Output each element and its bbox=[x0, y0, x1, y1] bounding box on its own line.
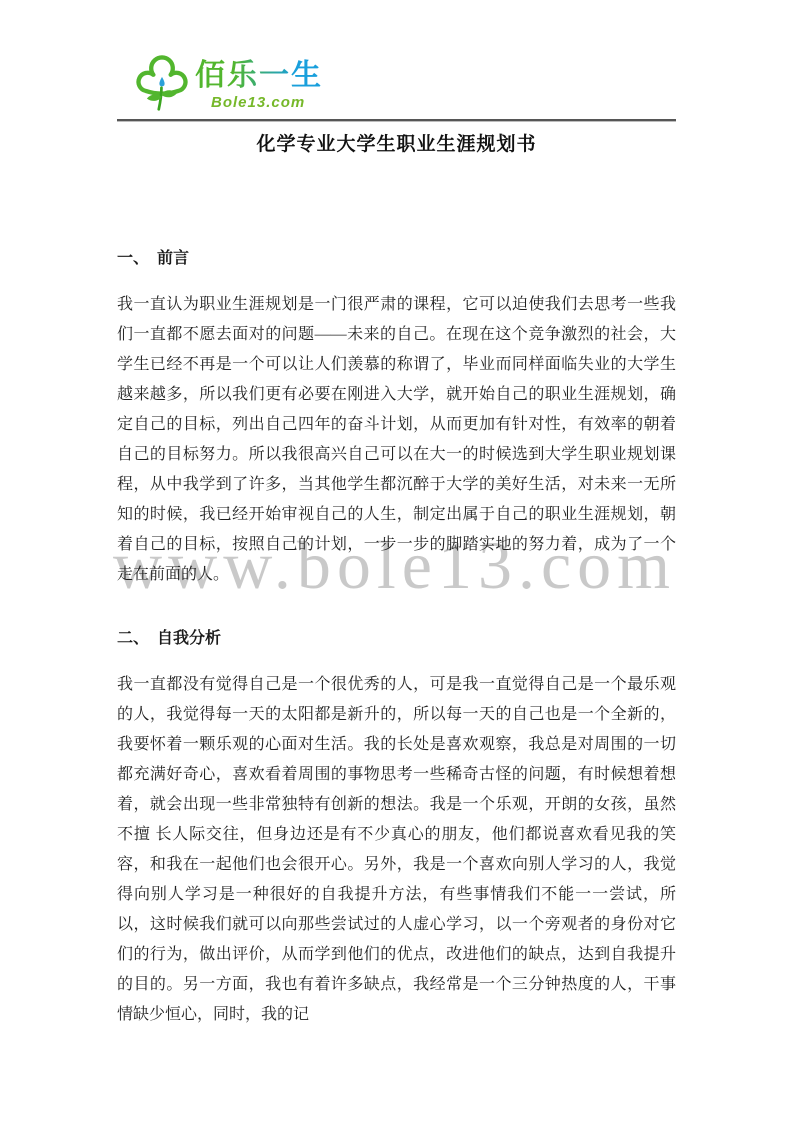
section-heading-self-analysis: 二、 自我分析 bbox=[117, 629, 676, 649]
tree-cloud-icon bbox=[135, 55, 189, 115]
logo: 佰乐一生 Bole13.com bbox=[135, 55, 676, 117]
section-body-self-analysis: 我一直都没有觉得自己是一个很优秀的人，可是我一直觉得自己是一个最乐观的人，我觉得… bbox=[117, 670, 676, 1030]
logo-text: 佰乐一生 Bole13.com bbox=[195, 59, 323, 111]
logo-brand-name: 佰乐一生 bbox=[195, 59, 323, 93]
document-page: www.bole13.com 佰乐一生 Bole13.com 化学专业大学生职业 bbox=[0, 0, 793, 1122]
section-heading-preface: 一、 前言 bbox=[117, 249, 676, 269]
section-body-preface: 我一直认为职业生涯规划是一门很严肃的课程，它可以迫使我们去思考一些我们一直都不愿… bbox=[117, 290, 676, 590]
header-divider bbox=[117, 119, 676, 122]
page-content: 佰乐一生 Bole13.com 化学专业大学生职业生涯规划书 一、 前言 我一直… bbox=[117, 55, 676, 1030]
document-title: 化学专业大学生职业生涯规划书 bbox=[117, 132, 676, 158]
logo-domain-text: Bole13.com bbox=[211, 95, 323, 111]
